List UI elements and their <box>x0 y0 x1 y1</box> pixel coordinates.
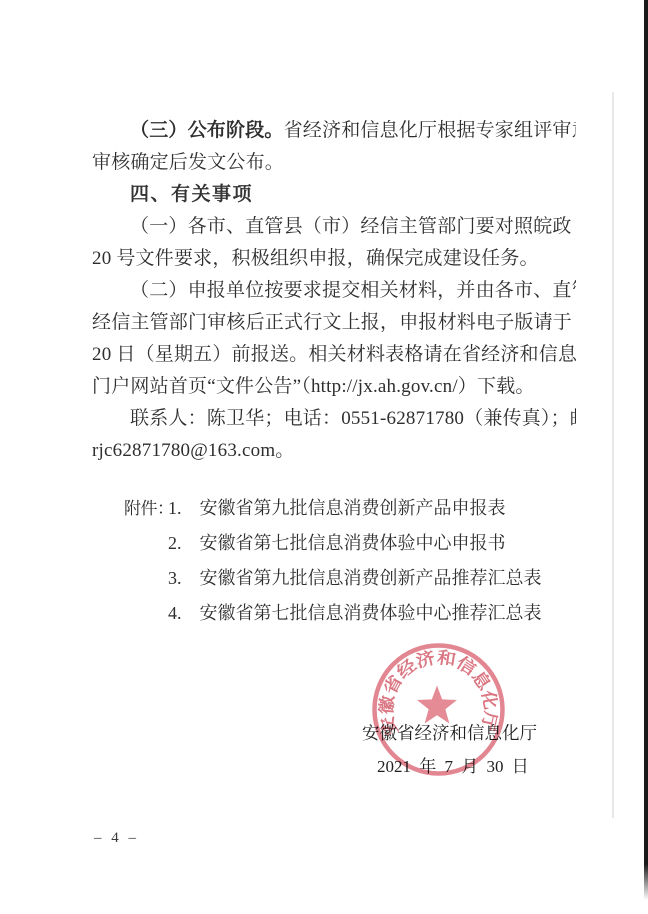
attachment-item-text: 3. 安徽省第九批信息消费创新产品推荐汇总表 <box>168 568 542 588</box>
body-line: 20 号文件要求，积极组织申报，确保完成建设任务。 <box>92 243 576 275</box>
paragraph-lead-bold: （三）公布阶段。 <box>130 120 284 141</box>
attachment-item: 4. 安徽省第七批信息消费体验中心推荐汇总表 <box>124 596 554 631</box>
section-heading: 四、有关事项 <box>92 179 576 211</box>
attachments-list: 附件： 1. 安徽省第九批信息消费创新产品申报表 2. 安徽省第七批信息消费体验… <box>124 491 554 631</box>
body-line: 门户网站首页“文件公告”（http://jx.ah.gov.cn/）下载。 <box>92 371 576 403</box>
body-line: （二）申报单位按要求提交相关材料，并由各市、直管县（市） <box>92 275 576 307</box>
attachment-item: 3. 安徽省第九批信息消费创新产品推荐汇总表 <box>124 561 554 596</box>
body-line: （三）公布阶段。省经济和信息化厅根据专家组评审意见， <box>92 115 576 147</box>
scan-edge-shadow <box>644 0 648 900</box>
attachment-item: 附件： 1. 安徽省第九批信息消费创新产品申报表 <box>124 491 554 526</box>
section-heading-text: 四、有关事项 <box>130 184 253 205</box>
attachments-label: 附件： <box>124 491 168 526</box>
body-line: 20 日（星期五）前报送。相关材料表格请在省经济和信息化厅 <box>92 339 576 371</box>
body-line: 联系人：陈卫华；电话：0551-62871780（兼传真）；邮箱： <box>92 403 576 435</box>
scan-artifact-line <box>612 92 614 818</box>
body-line: 经信主管部门审核后正式行文上报，申报材料电子版请于 8 月 <box>92 307 576 339</box>
official-seal: 安徽省经济和信息化厅 <box>366 637 511 782</box>
star-icon <box>417 686 457 724</box>
body-line: （一）各市、直管县（市）经信主管部门要对照皖政〔2019〕 <box>92 211 576 243</box>
page-number: – 4 – <box>94 830 137 847</box>
document-body: （三）公布阶段。省经济和信息化厅根据专家组评审意见， 审核确定后发文公布。 四、… <box>92 115 576 467</box>
body-line: 审核确定后发文公布。 <box>92 147 576 179</box>
attachment-item-text: 2. 安徽省第七批信息消费体验中心申报书 <box>168 533 506 553</box>
scanned-document-page: （三）公布阶段。省经济和信息化厅根据专家组评审意见， 审核确定后发文公布。 四、… <box>0 0 648 914</box>
attachment-item-text: 1. 安徽省第九批信息消费创新产品申报表 <box>168 498 506 518</box>
body-line: rjc62871780@163.com。 <box>92 435 576 467</box>
attachment-item: 2. 安徽省第七批信息消费体验中心申报书 <box>124 526 554 561</box>
attachment-item-text: 4. 安徽省第七批信息消费体验中心推荐汇总表 <box>168 603 542 623</box>
paragraph-text: 省经济和信息化厅根据专家组评审意见， <box>284 120 576 141</box>
